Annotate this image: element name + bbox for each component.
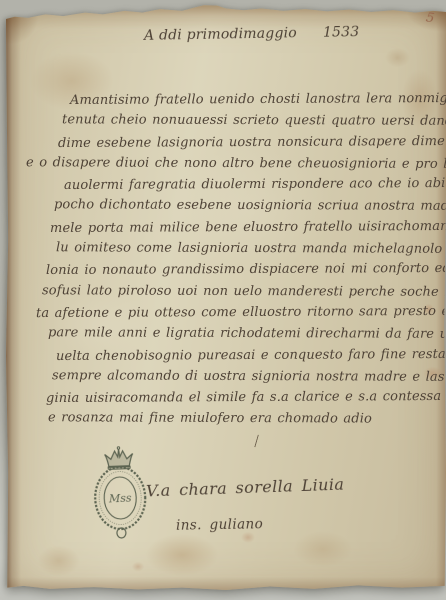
manuscript-line: auolermi faregratia diuolermi rispondere… xyxy=(64,173,446,196)
manuscript-line: mele porta mai milice bene eluostro frat… xyxy=(50,216,446,239)
date-text: A ddi primodimaggio xyxy=(144,25,297,44)
manuscript-line: Amantisimo fratello uenido chosti lanost… xyxy=(70,88,446,111)
folio-number: 5 xyxy=(425,10,435,26)
manuscript-line: ginia uisiracomanda el simile fa s.a cla… xyxy=(46,386,446,409)
manuscript-line: tenuta cheio nonuauessi scrieto questi q… xyxy=(62,110,446,133)
crown-icon xyxy=(105,449,134,468)
manuscript-line: sempre alcomando di uostra signioria nos… xyxy=(52,365,446,388)
stamp-text: Mss xyxy=(108,492,132,506)
paper-shadow: 5 A ddi primodimaggio1533 Amantisimo fra… xyxy=(0,0,446,600)
letter-page: 5 A ddi primodimaggio1533 Amantisimo fra… xyxy=(6,5,446,590)
manuscript-line: uelta chenobisognio pureasai e conquesto… xyxy=(56,344,446,367)
manuscript-line: e o disapere diuoi che nono altro bene c… xyxy=(26,152,446,175)
valediction: V.a chara sorella Liuia xyxy=(146,475,345,501)
photo-backdrop: 5 A ddi primodimaggio1533 Amantisimo fra… xyxy=(0,0,446,600)
manuscript-line: pocho dichontato esebene uosignioria scr… xyxy=(54,195,446,218)
manuscript-line: pare mile anni e ligratia richodatemi di… xyxy=(48,323,446,346)
manuscript-line: dime esebene lasignoria uostra nonsicura… xyxy=(58,131,446,154)
letter-body: Amantisimo fratello uenido chosti lanost… xyxy=(6,89,446,430)
manuscript-line: lonia io nonauto grandissimo dispiacere … xyxy=(46,258,446,281)
manuscript-line: lu oimiteso come lasignioria uostra mand… xyxy=(56,237,446,260)
date-heading: A ddi primodimaggio1533 xyxy=(144,24,360,44)
manuscript-line: ta afetione e piu otteso come elluostro … xyxy=(36,301,446,324)
manuscript-line: sofusi lato piroloso uoi non uelo mander… xyxy=(42,280,446,303)
library-stamp: Mss xyxy=(86,444,153,540)
manuscript-line: e rosanza mai fine miulofero era chomado… xyxy=(48,408,446,431)
date-year: 1533 xyxy=(323,24,360,41)
stray-ink-mark xyxy=(254,435,262,449)
signoff-place: ins. guliano xyxy=(176,516,263,534)
crowned-oval-stamp-icon: Mss xyxy=(86,444,153,540)
